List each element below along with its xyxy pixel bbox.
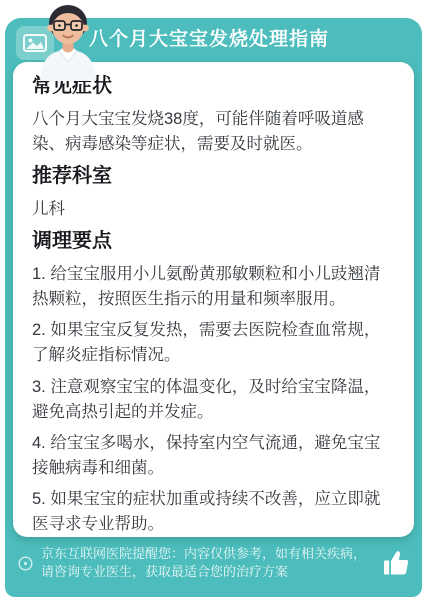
disclaimer-text: 京东互联网医院提醒您：内容仅供参考，如有相关疾病，请咨询专业医生，获取最适合您的… xyxy=(41,545,375,581)
guide-card: 八个月大宝宝发烧处理指南 常见症状 八个月大宝宝发烧38度，可能伴随着呼吸道感染… xyxy=(5,18,422,597)
card-header: 八个月大宝宝发烧处理指南 xyxy=(5,18,422,62)
symptoms-text: 八个月大宝宝发烧38度，可能伴随着呼吸道感染、病毒感染等症状，需要及时就医。 xyxy=(32,107,395,157)
care-item-5: 5. 如果宝宝的症状加重或持续不改善，应立即就医寻求专业帮助。 xyxy=(32,487,395,537)
page-title: 八个月大宝宝发烧处理指南 xyxy=(89,18,412,62)
doctor-avatar xyxy=(27,1,109,81)
care-item-4: 4. 给宝宝多喝水，保持室内空气流通，避免宝宝接触病毒和细菌。 xyxy=(32,431,395,481)
care-item-1: 1. 给宝宝服用小儿氨酚黄那敏颗粒和小儿豉翘清热颗粒，按照医生指示的用量和频率服… xyxy=(32,262,395,312)
disclaimer-footer: 京东互联网医院提醒您：内容仅供参考，如有相关疾病，请咨询专业医生，获取最适合您的… xyxy=(5,537,422,597)
section-heading-care: 调理要点 xyxy=(32,230,395,253)
care-item-2: 2. 如果宝宝反复发热，需要去医院检查血常规，了解炎症指标情况。 xyxy=(32,318,395,368)
info-circle-icon xyxy=(18,556,33,571)
care-item-3: 3. 注意观察宝宝的体温变化，及时给宝宝降温，避免高热引起的并发症。 xyxy=(32,375,395,425)
thumbs-up-icon[interactable] xyxy=(383,549,410,577)
department-text: 儿科 xyxy=(32,197,395,222)
section-heading-department: 推荐科室 xyxy=(32,165,395,188)
content-card: 常见症状 八个月大宝宝发烧38度，可能伴随着呼吸道感染、病毒感染等症状，需要及时… xyxy=(13,62,414,537)
